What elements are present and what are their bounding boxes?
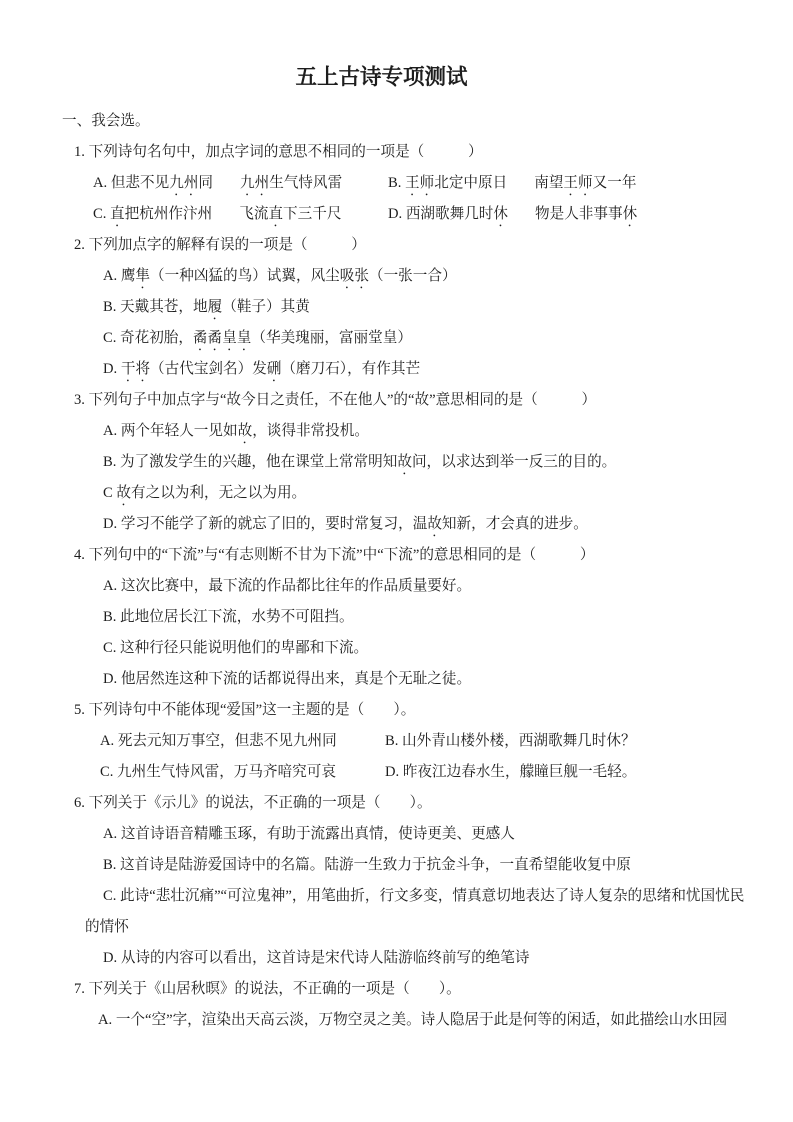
option-a: A. 这次比赛中，最下流的作品都比往年的作品质量要好。 xyxy=(60,571,767,602)
text-segment: 知新，才会真的进步。 xyxy=(442,516,588,532)
text-segment: B. 天戴其苍，地 xyxy=(103,299,208,315)
emphasized-text: 休 xyxy=(493,206,508,222)
option-phrase: 九州生气恃风雷 xyxy=(240,168,342,199)
option-b: B. 为了激发学生的兴趣，他在课堂上常常明知故问，以求达到举一反三的目的。 xyxy=(60,447,767,478)
emphasized-text: 九州 xyxy=(169,175,198,191)
text-segment: D. xyxy=(103,361,121,377)
option-a: A. 死去元知万事空，但悲不见九州同 xyxy=(100,726,385,757)
text-segment: D. 西湖歌舞几时 xyxy=(388,206,493,222)
emphasized-text: 直 xyxy=(110,206,125,222)
emphasized-text: 吸张 xyxy=(340,268,369,284)
option-a: A. 一个“空”字，渲染出天高云淡，万物空灵之美。诗人隐居于此是何等的闲适，如此… xyxy=(60,1005,767,1036)
option-b: B. 这首诗是陆游爱国诗中的名篇。陆游一生致力于抗金斗争，一直希望能收复中原 xyxy=(60,850,767,881)
option-c: C. 九州生气恃风雷，万马齐喑究可哀 xyxy=(100,757,385,788)
question-stem: 3. 下列句子中加点字与“故今日之责任，不在他人”的“故”意思相同的是（ ） xyxy=(60,385,767,416)
emphasized-text: 九州 xyxy=(240,175,269,191)
text-segment: 南望 xyxy=(534,175,563,191)
option-d: D. 学习不能学了新的就忘了旧的，要时常复习，温故知新，才会真的进步。 xyxy=(60,509,767,540)
question-4: 4. 下列句中的“下流”与“有志则断不甘为下流”中“下流”的意思相同的是（ ） … xyxy=(60,540,767,695)
option-phrase: A. 但悲不见九州同 xyxy=(93,168,213,199)
option-phrase: 物是人非事事休 xyxy=(535,199,637,230)
text-segment: （一种凶猛的鸟）试翼，风尘 xyxy=(150,268,340,284)
option-a: A. 这首诗语音精雕玉琢，有助于流露出真情，使诗更美、更感人 xyxy=(60,819,767,850)
option-b: B. 山外青山楼外楼，西湖歌舞几时休？ xyxy=(385,726,767,757)
option-a: A. 但悲不见九州同 九州生气恃风雷 xyxy=(93,168,388,199)
text-segment: C. xyxy=(93,206,110,222)
text-segment: A. 但悲不见 xyxy=(93,175,169,191)
text-segment: ，谈得非常投机。 xyxy=(252,423,369,439)
option-c: C. 此诗“悲壮沉痛”“可泣鬼神”，用笔曲折，行文多变，情真意切地表达了诗人复杂… xyxy=(60,881,750,943)
option-phrase: 南望王师又一年 xyxy=(534,168,636,199)
text-segment: （古代宝剑名）发 xyxy=(150,361,267,377)
option-phrase: C. 直把杭州作汴州 xyxy=(93,199,212,230)
text-segment: （一张一合） xyxy=(369,268,457,284)
question-stem: 4. 下列句中的“下流”与“有志则断不甘为下流”中“下流”的意思相同的是（ ） xyxy=(60,540,767,571)
option-b: B. 此地位居长江下流，水势不可阻挡。 xyxy=(60,602,767,633)
text-segment: C. 奇花初胎， xyxy=(103,330,193,346)
option-phrase: D. 西湖歌舞几时休 xyxy=(388,199,508,230)
question-stem: 6. 下列关于《示儿》的说法，不正确的一项是（ ）。 xyxy=(60,788,767,819)
question-3: 3. 下列句子中加点字与“故今日之责任，不在他人”的“故”意思相同的是（ ） A… xyxy=(60,385,767,540)
question-2: 2. 下列加点字的解释有误的一项是（ ） A. 鹰隼（一种凶猛的鸟）试翼，风尘吸… xyxy=(60,230,767,385)
option-d: D. 西湖歌舞几时休 物是人非事事休 xyxy=(388,199,767,230)
text-segment: 北定中原日 xyxy=(434,175,507,191)
options-grid: A. 死去元知万事空，但悲不见九州同 B. 山外青山楼外楼，西湖歌舞几时休？ C… xyxy=(60,726,767,788)
text-segment: 问，以求达到举一反三的目的。 xyxy=(412,454,616,470)
question-6: 6. 下列关于《示儿》的说法，不正确的一项是（ ）。 A. 这首诗语音精雕玉琢，… xyxy=(60,788,767,974)
text-segment: 飞流 xyxy=(239,206,268,222)
option-c: C. 奇花初胎，矞矞皇皇（华美瑰丽，富丽堂皇） xyxy=(60,323,767,354)
text-segment: 同 xyxy=(198,175,213,191)
text-segment: D. 学习不能学了新的就忘了旧的，要时常复习，温 xyxy=(103,516,427,532)
document-page: 五上古诗专项测试 一、我会选。 1. 下列诗句名句中，加点字词的意思不相同的一项… xyxy=(0,0,793,1122)
emphasized-text: 故 xyxy=(397,454,412,470)
options-grid: A. 但悲不见九州同 九州生气恃风雷 B. 王师北定中原日 南望王师又一年 C.… xyxy=(60,168,767,230)
option-c: C 故有之以为利，无之以为用。 xyxy=(60,478,767,509)
text-segment: 生气恃风雷 xyxy=(269,175,342,191)
question-7: 7. 下列关于《山居秋暝》的说法，不正确的一项是（ ）。 A. 一个“空”字，渲… xyxy=(60,974,767,1036)
emphasized-text: 隼 xyxy=(135,268,150,284)
text-segment: （磨刀石），有作其芒 xyxy=(281,361,420,377)
option-d: D. 干将（古代宝剑名）发硎（磨刀石），有作其芒 xyxy=(60,354,767,385)
question-stem: 1. 下列诗句名句中，加点字词的意思不相同的一项是（ ） xyxy=(60,137,767,168)
text-segment: 物是人非事事 xyxy=(535,206,623,222)
option-c: C. 这种行径只能说明他们的卑鄙和下流。 xyxy=(60,633,767,664)
option-d: D. 他居然连这种下流的话都说得出来，真是个无耻之徒。 xyxy=(60,664,767,695)
page-title: 五上古诗专项测试 xyxy=(60,60,767,94)
option-d: D. 昨夜江边春水生，艨瞳巨舰一毛轻。 xyxy=(385,757,767,788)
text-segment: C xyxy=(103,485,116,501)
emphasized-text: 矞矞皇皇 xyxy=(193,330,251,346)
option-b: B. 王师北定中原日 南望王师又一年 xyxy=(388,168,767,199)
emphasized-text: 故 xyxy=(238,423,253,439)
emphasized-text: 故 xyxy=(427,516,442,532)
emphasized-text: 干将 xyxy=(121,361,150,377)
section-heading: 一、我会选。 xyxy=(60,106,767,137)
text-segment: 又一年 xyxy=(593,175,637,191)
option-a: A. 两个年轻人一见如故，谈得非常投机。 xyxy=(60,416,767,447)
emphasized-text: 王师 xyxy=(563,175,592,191)
option-b: B. 天戴其苍，地履（鞋子）其黄 xyxy=(60,292,767,323)
text-segment: （鞋子）其黄 xyxy=(222,299,310,315)
emphasized-text: 王师 xyxy=(405,175,434,191)
question-stem: 5. 下列诗句中不能体现“爱国”这一主题的是（ ）。 xyxy=(60,695,767,726)
option-a: A. 鹰隼（一种凶猛的鸟）试翼，风尘吸张（一张一合） xyxy=(60,261,767,292)
text-segment: 下三千尺 xyxy=(283,206,341,222)
text-segment: 把杭州作汴州 xyxy=(125,206,213,222)
option-c: C. 直把杭州作汴州 飞流直下三千尺 xyxy=(93,199,388,230)
emphasized-text: 直 xyxy=(268,206,283,222)
text-segment: B. xyxy=(388,175,405,191)
emphasized-text: 故 xyxy=(116,485,131,501)
emphasized-text: 休 xyxy=(623,206,638,222)
text-segment: A. 两个年轻人一见如 xyxy=(103,423,238,439)
text-segment: B. 为了激发学生的兴趣，他在课堂上常常明知 xyxy=(103,454,397,470)
text-segment: （华美瑰丽，富丽堂皇） xyxy=(251,330,412,346)
text-segment: 有之以为利，无之以为用。 xyxy=(131,485,306,501)
option-phrase: 飞流直下三千尺 xyxy=(239,199,341,230)
text-segment: A. 鹰 xyxy=(103,268,135,284)
question-1: 1. 下列诗句名句中，加点字词的意思不相同的一项是（ ） A. 但悲不见九州同 … xyxy=(60,137,767,230)
question-stem: 7. 下列关于《山居秋暝》的说法，不正确的一项是（ ）。 xyxy=(60,974,767,1005)
option-d: D. 从诗的内容可以看出，这首诗是宋代诗人陆游临终前写的绝笔诗 xyxy=(60,943,767,974)
question-5: 5. 下列诗句中不能体现“爱国”这一主题的是（ ）。 A. 死去元知万事空，但悲… xyxy=(60,695,767,788)
question-stem: 2. 下列加点字的解释有误的一项是（ ） xyxy=(60,230,767,261)
emphasized-text: 履 xyxy=(208,299,223,315)
option-phrase: B. 王师北定中原日 xyxy=(388,168,507,199)
emphasized-text: 硎 xyxy=(267,361,282,377)
